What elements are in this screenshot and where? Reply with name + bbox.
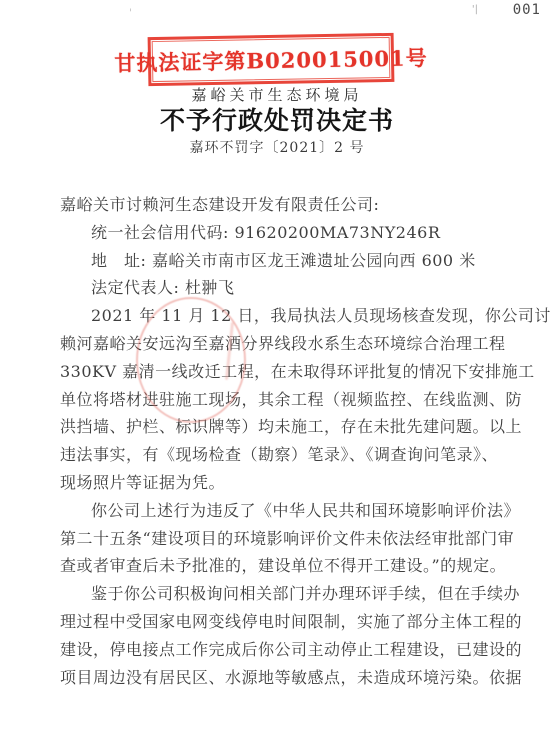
document-number: 嘉环不罚字〔2021〕2 号	[0, 137, 554, 157]
scanned-document-page: 001 '| ' 甘执法证字第B020015001号 嘉峪关市生态环境局 不予行…	[0, 0, 554, 729]
body-line: 洪挡墙、护栏、标识牌等）均未施工，存在未批先建问题。以上	[60, 413, 496, 441]
body-line: 法定代表人: 杜翀飞	[60, 274, 496, 302]
stamp-text: 甘执法证字第B020015001号	[114, 42, 428, 77]
body-line: 2021 年 11 月 12 日，我局执法人员现场核查发现，你公司讨	[60, 302, 496, 330]
body-line: 查或者审查后未予批准的，建设单位不得开工建设。”的规定。	[60, 552, 496, 580]
body-line: 统一社会信用代码: 91620200MA73NY246R	[60, 219, 496, 247]
body-line: 单位将塔材进驻施工现场，其余工程（视频监控、在线监测、防	[60, 386, 496, 414]
document-title: 不予行政处罚决定书	[0, 101, 554, 137]
body-line: 你公司上述行为违反了《中华人民共和国环境影响评价法》	[60, 497, 496, 525]
body-line: 违法事实，有《现场检查（勘察）笔录》、《调查询问笔录》、	[60, 441, 496, 469]
body-line: 鉴于你公司积极询问相关部门并办理环评手续，但在手续办	[60, 580, 496, 608]
body-line: 项目周边没有居民区、水源地等敏感点，未造成环境污染。依据	[60, 664, 496, 692]
body-line: 嘉峪关市讨赖河生态建设开发有限责任公司:	[60, 191, 496, 219]
scan-artifact: '	[129, 8, 132, 19]
body-line: 赖河嘉峪关安远沟至嘉酒分界线段水系生态环境综合治理工程	[60, 330, 496, 358]
body-line: 第二十五条“建设项目的环境影响评价文件未依法经审批部门审	[60, 525, 496, 553]
body-line: 现场照片等证据为凭。	[60, 469, 496, 497]
body-line: 地 址: 嘉峪关市南市区龙王滩遗址公园向西 600 米	[60, 247, 496, 275]
scan-artifact: '|	[472, 4, 478, 15]
document-body: 嘉峪关市讨赖河生态建设开发有限责任公司: 统一社会信用代码: 91620200M…	[60, 191, 496, 691]
body-line: 330KV 嘉清一线改迁工程，在未取得环评批复的情况下安排施工	[60, 358, 496, 386]
page-number: 001	[513, 2, 541, 18]
law-enforcement-certificate-stamp: 甘执法证字第B020015001号	[148, 33, 395, 86]
body-line: 建设，停电接点工作完成后你公司主动停止工程建设，已建设的	[60, 636, 496, 664]
body-line: 理过程中受国家电网变线停电时间限制，实施了部分主体工程的	[60, 608, 496, 636]
